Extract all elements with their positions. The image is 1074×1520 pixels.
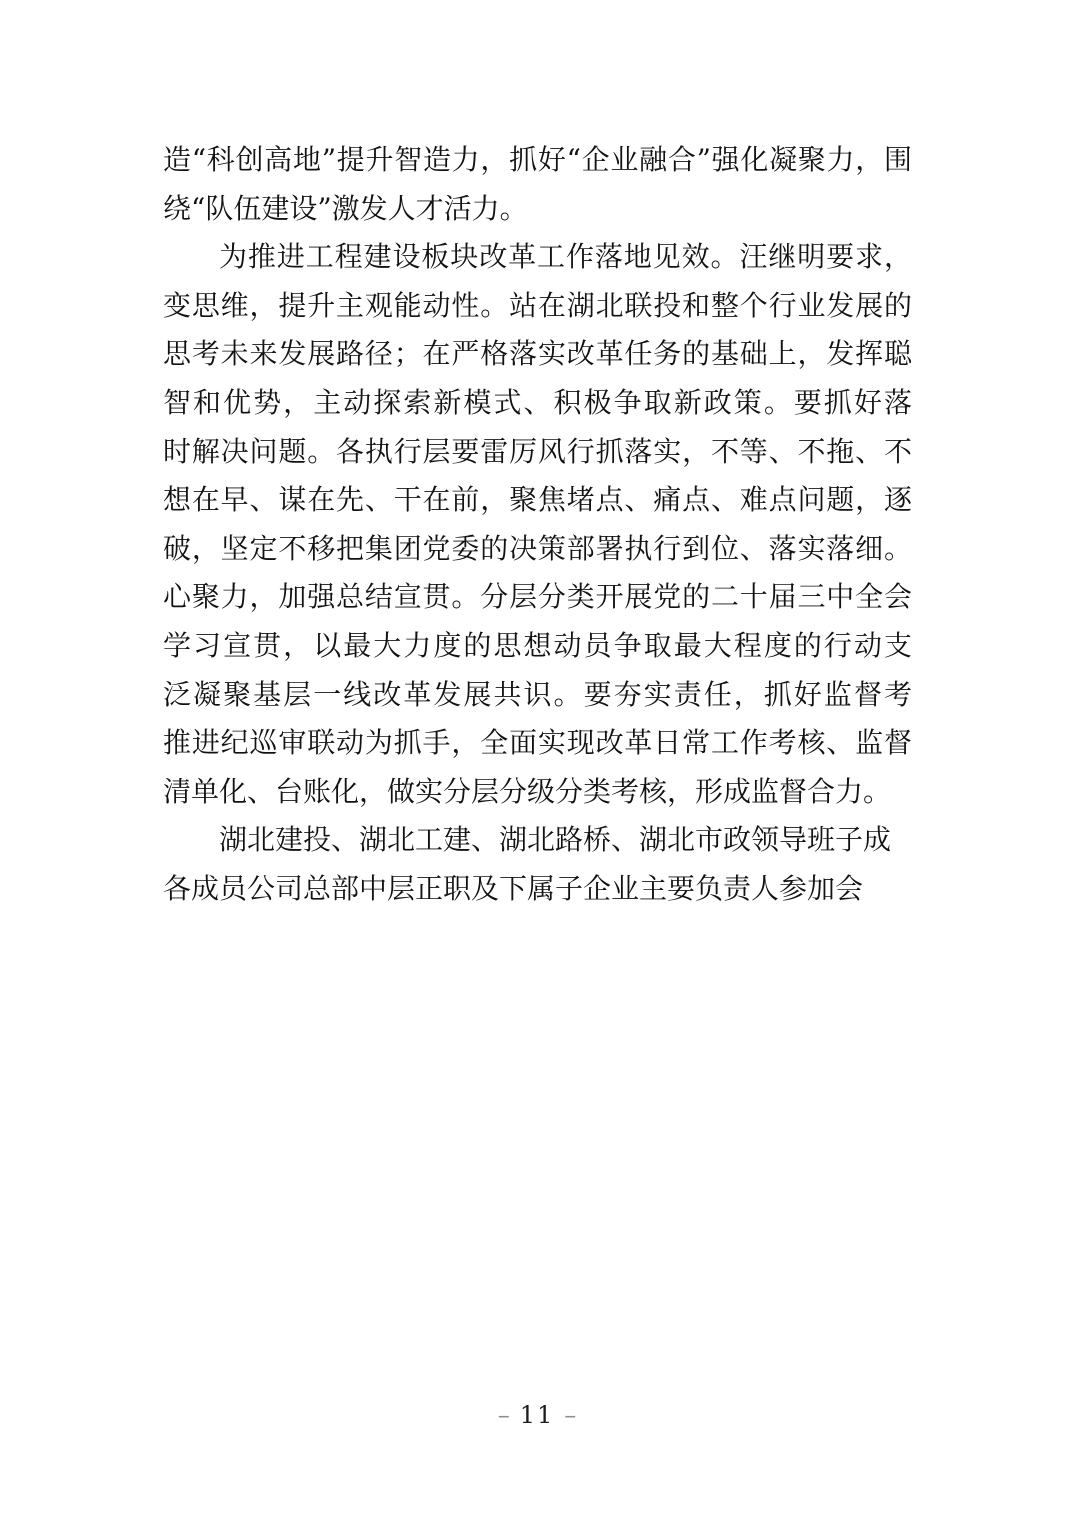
text-line: 心聚力，加强总结宣贯。分层分类开展党的二十届三中全会精神 xyxy=(163,573,912,622)
text-line: 造“科创高地”提升智造力，抓好“企业融合”强化凝聚力，围 xyxy=(163,136,912,185)
text-line: 为推进工程建设板块改革工作落地见效。汪继明要求，要转 xyxy=(163,233,912,282)
body-text-block: 造“科创高地”提升智造力，抓好“企业融合”强化凝聚力，围 绕“队伍建设”激发人才… xyxy=(163,136,912,914)
text-line: 泛凝聚基层一线改革发展共识。要夯实责任，抓好监督考核。以 xyxy=(163,671,912,720)
text-line: 绕“队伍建设”激发人才活力。 xyxy=(163,185,912,234)
page-number-value: 11 xyxy=(520,1401,555,1429)
text-line: 智和优势，主动探索新模式、积极争取新政策。要抓好落实，及 xyxy=(163,379,912,428)
text-line: 变思维，提升主观能动性。站在湖北联投和整个行业发展的高度， xyxy=(163,282,912,331)
text-line: 思考未来发展路径；在严格落实改革任务的基础上，发挥聪明才 xyxy=(163,330,912,379)
text-line: 湖北建投、湖北工建、湖北路桥、湖北市政领导班子成员， xyxy=(163,816,912,865)
text-line: 想在早、谋在先、干在前，聚焦堵点、痛点、难点问题，逐一突 xyxy=(163,476,912,525)
text-line: 时解决问题。各执行层要雷厉风行抓落实，不等、不拖、不推， xyxy=(163,428,912,477)
page-number-dash-right: – xyxy=(564,1401,576,1429)
page-number: –11– xyxy=(0,1398,1074,1432)
text-line: 破，坚定不移把集团党委的决策部署执行到位、落实落细。要凝 xyxy=(163,525,912,574)
text-line: 学习宣贯，以最大力度的思想动员争取最大程度的行动支持，广 xyxy=(163,622,912,671)
text-line: 各成员公司总部中层正职及下属子企业主要负责人参加会议。 xyxy=(163,865,912,914)
text-line: 清单化、台账化，做实分层分级分类考核，形成监督合力。 xyxy=(163,768,912,817)
text-line: 推进纪巡审联动为抓手，全面实现改革日常工作考核、监督管理 xyxy=(163,719,912,768)
page-number-dash-left: – xyxy=(498,1401,510,1429)
document-page: 造“科创高地”提升智造力，抓好“企业融合”强化凝聚力，围 绕“队伍建设”激发人才… xyxy=(0,0,1074,1520)
